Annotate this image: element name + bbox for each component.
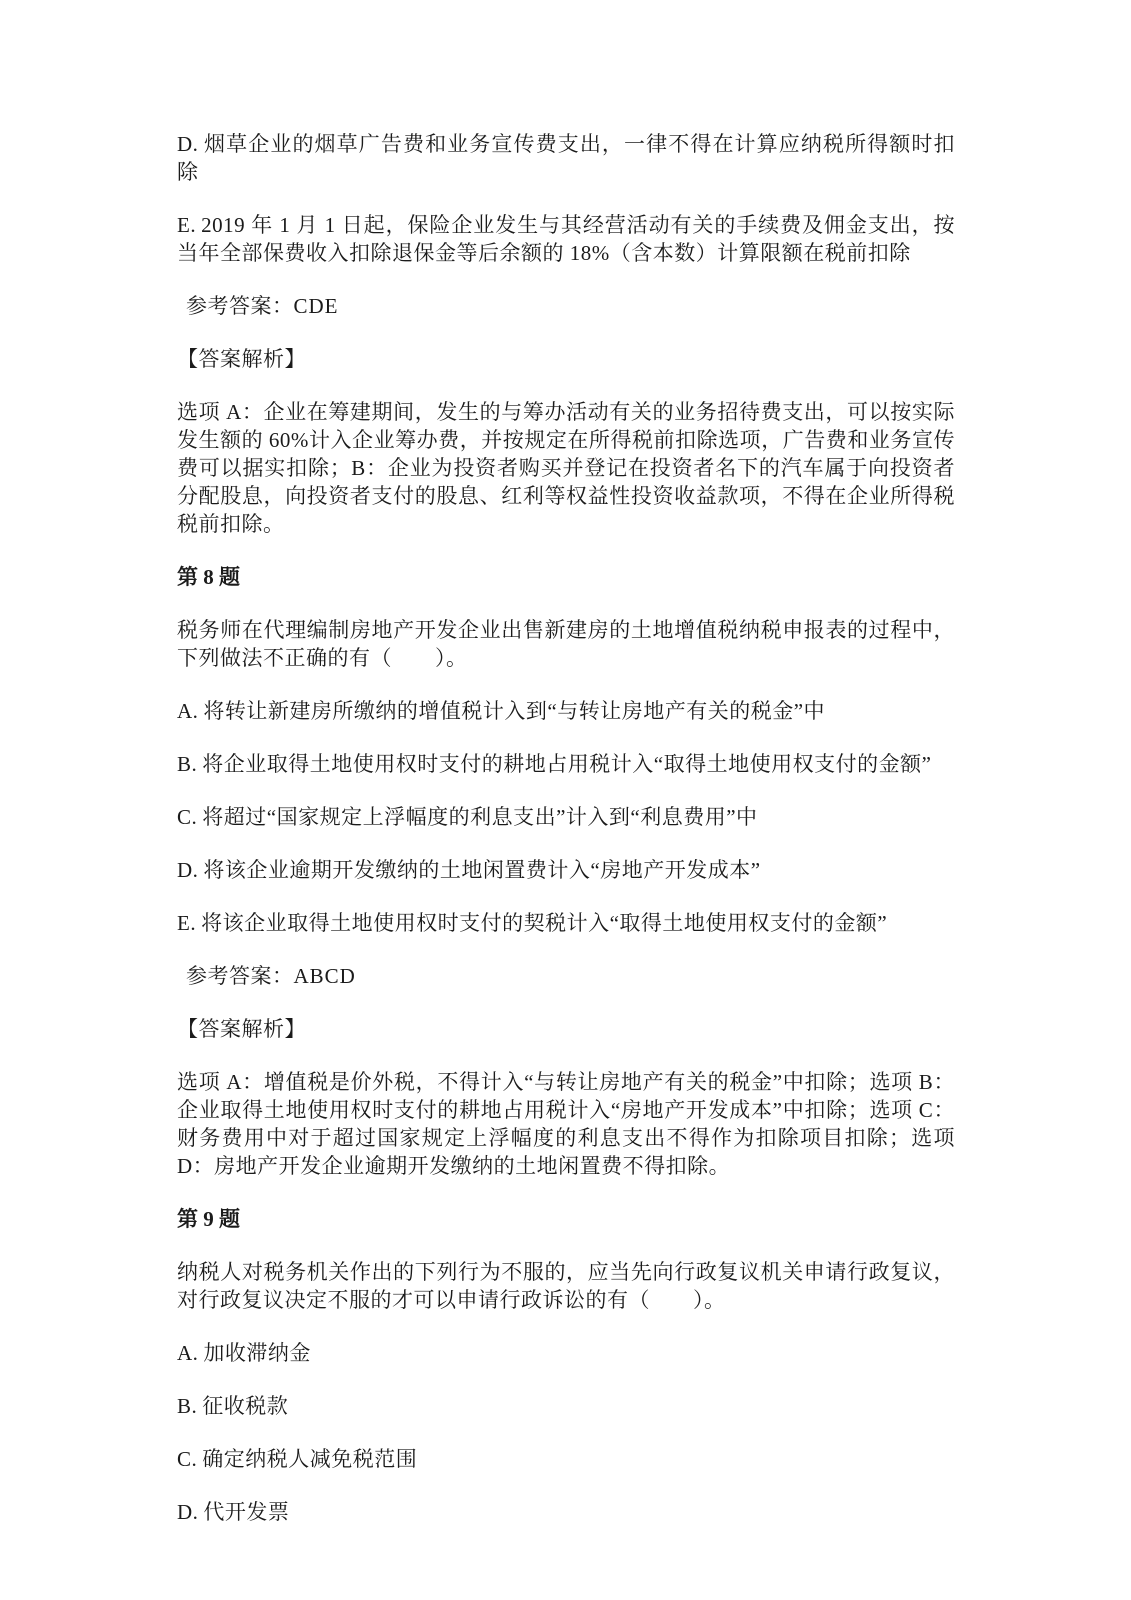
prev-question-option-e: E.2019 年 1 月 1 日起，保险企业发生与其经营活动有关的手续费及佣金支… [177,211,955,267]
question8-option-d: D.将该企业逾期开发缴纳的土地闲置费计入“房地产开发成本” [177,856,955,884]
question9-option-b: B.征收税款 [177,1392,955,1420]
question8-option-a: A.将转让新建房所缴纳的增值税计入到“与转让房地产有关的税金”中 [177,697,955,725]
option-text: 将转让新建房所缴纳的增值税计入到“与转让房地产有关的税金”中 [203,699,825,723]
document-page: D.烟草企业的烟草广告费和业务宣传费支出，一律不得在计算应纳税所得额时扣除 E.… [177,130,955,1551]
option-label: C. [177,805,197,829]
option-text: 将该企业逾期开发缴纳的土地闲置费计入“房地产开发成本” [203,858,760,882]
option-label: D. [177,132,198,156]
question9-option-c: C.确定纳税人减免税范围 [177,1445,955,1473]
option-text: 将企业取得土地使用权时支付的耕地占用税计入“取得土地使用权支付的金额” [202,752,931,776]
option-label: D. [177,1500,198,1524]
option-label: E. [177,213,196,237]
option-text: 代开发票 [203,1500,289,1524]
question8-option-e: E.将该企业取得土地使用权时支付的契税计入“取得土地使用权支付的金额” [177,909,955,937]
answer-value: ABCD [294,964,356,988]
option-label: E. [177,911,196,935]
option-label: A. [177,699,198,723]
option-text: 将该企业取得土地使用权时支付的契税计入“取得土地使用权支付的金额” [201,911,887,935]
option-label: B. [177,752,197,776]
prev-question-analysis-header: 【答案解析】 [177,345,955,373]
option-label: A. [177,1341,198,1365]
answer-label: 参考答案： [186,294,294,318]
option-text: 确定纳税人减免税范围 [202,1447,417,1471]
option-label: B. [177,1394,197,1418]
option-text: 烟草企业的烟草广告费和业务宣传费支出，一律不得在计算应纳税所得额时扣除 [177,132,955,184]
question8-stem: 税务师在代理编制房地产开发企业出售新建房的土地增值税纳税申报表的过程中，下列做法… [177,616,955,672]
question8-analysis-text: 选项 A：增值税是价外税，不得计入“与转让房地产有关的税金”中扣除；选项 B：企… [177,1068,955,1180]
option-label: D. [177,858,198,882]
prev-question-option-d: D.烟草企业的烟草广告费和业务宣传费支出，一律不得在计算应纳税所得额时扣除 [177,130,955,186]
option-text: 加收滞纳金 [203,1341,311,1365]
question8-option-c: C.将超过“国家规定上浮幅度的利息支出”计入到“利息费用”中 [177,803,955,831]
question9-stem: 纳税人对税务机关作出的下列行为不服的，应当先向行政复议机关申请行政复议，对行政复… [177,1258,955,1314]
answer-label: 参考答案： [186,964,294,988]
prev-question-analysis-text: 选项 A：企业在筹建期间，发生的与筹办活动有关的业务招待费支出，可以按实际发生额… [177,398,955,538]
question9-option-a: A.加收滞纳金 [177,1339,955,1367]
question8-analysis-header: 【答案解析】 [177,1015,955,1043]
question8-title: 第 8 题 [177,563,955,591]
question8-option-b: B.将企业取得土地使用权时支付的耕地占用税计入“取得土地使用权支付的金额” [177,750,955,778]
option-text: 2019 年 1 月 1 日起，保险企业发生与其经营活动有关的手续费及佣金支出，… [177,213,955,265]
option-text: 将超过“国家规定上浮幅度的利息支出”计入到“利息费用”中 [202,805,757,829]
prev-question-reference-answer: 参考答案：CDE [177,292,955,320]
question8-reference-answer: 参考答案：ABCD [177,962,955,990]
option-label: C. [177,1447,197,1471]
question9-title: 第 9 题 [177,1205,955,1233]
answer-value: CDE [294,294,339,318]
question9-option-d: D.代开发票 [177,1498,955,1526]
option-text: 征收税款 [202,1394,288,1418]
